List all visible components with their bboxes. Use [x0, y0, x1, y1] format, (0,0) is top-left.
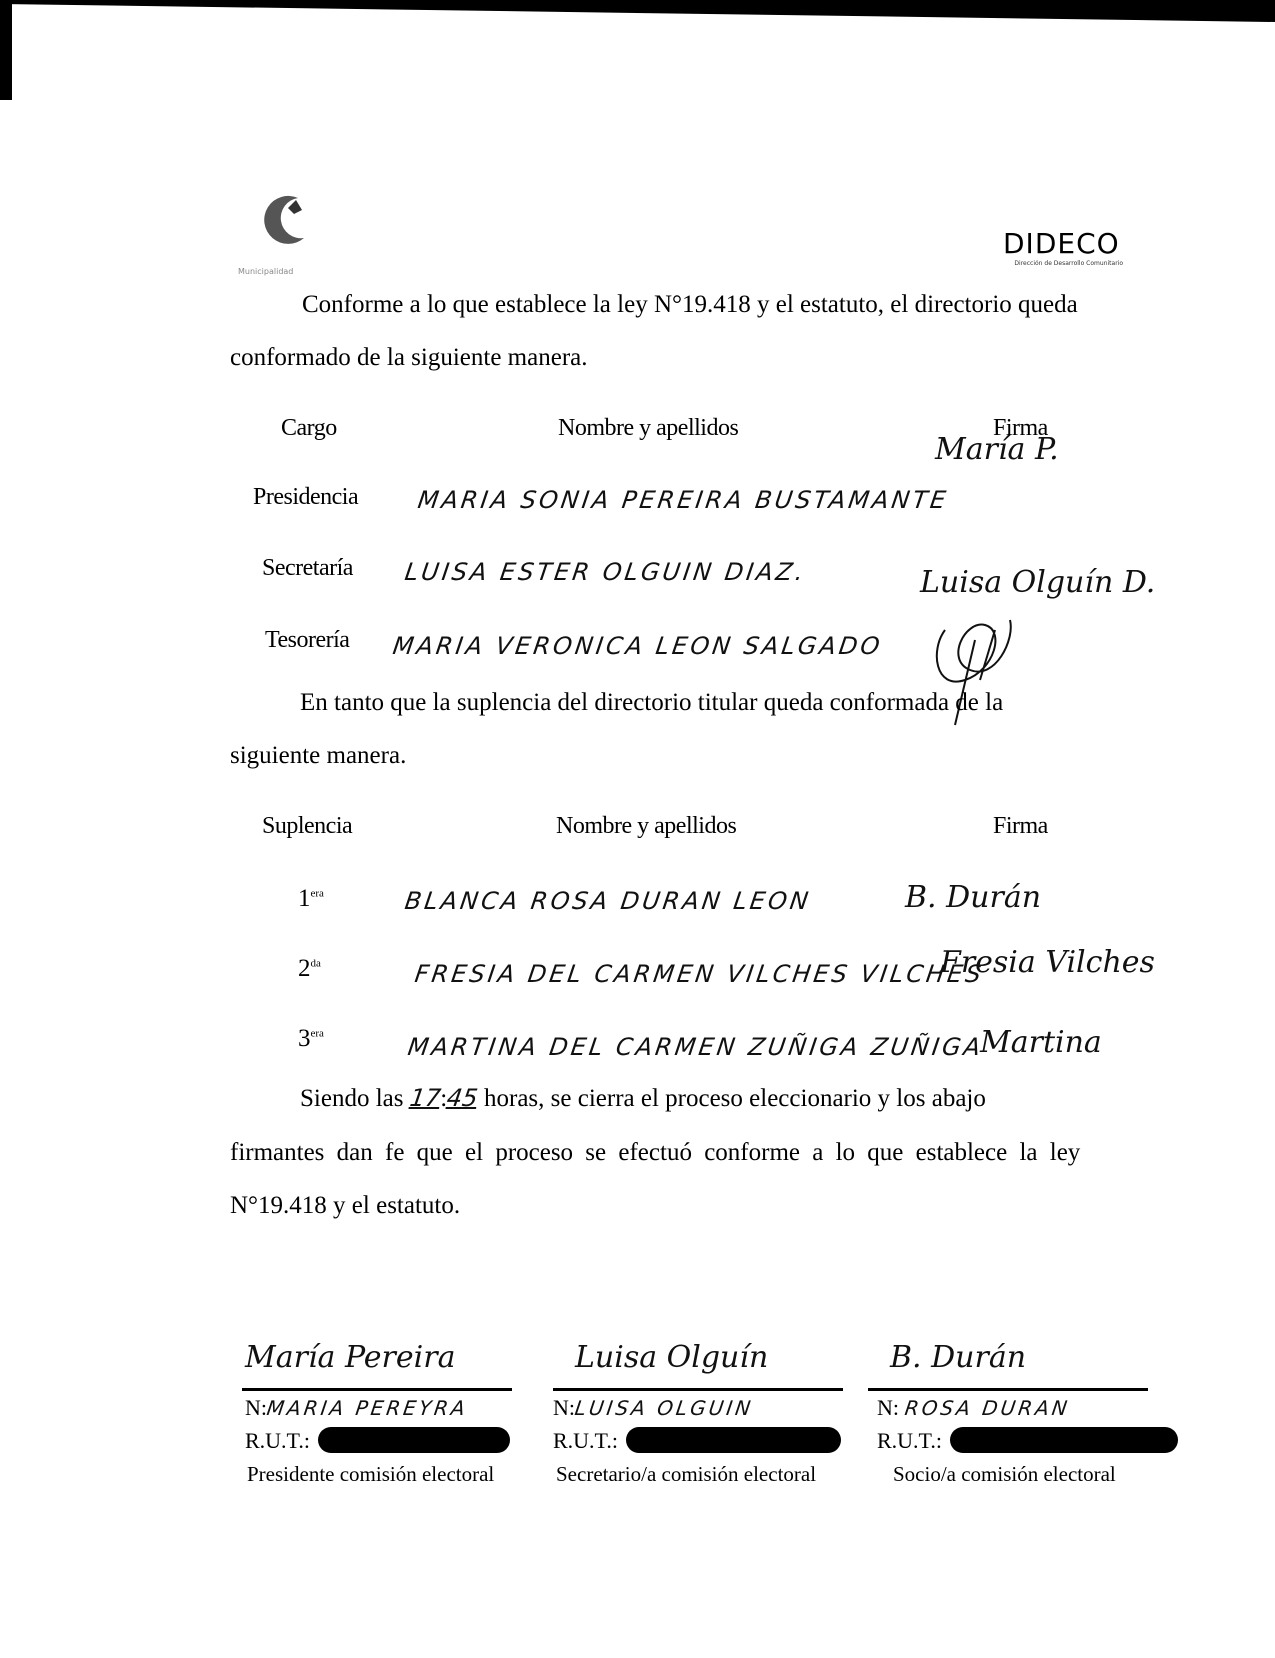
closing-minute: 45 — [446, 1086, 480, 1110]
signatory-3-firma: B. Durán — [890, 1340, 1026, 1375]
nombre-tesoreria: MARIA VERONICA LEON SALGADO — [391, 632, 884, 660]
directorio-header-nombre: Nombre y apellidos — [558, 415, 738, 442]
firma-secretaria: Luisa Olguín D. — [920, 565, 1155, 600]
closing-line-1: Siendo las 17:45 horas, se cierra el pro… — [300, 1086, 986, 1111]
firma-suplente-3: Martina — [980, 1025, 1102, 1060]
signatory-3-rol: Socio/a comisión electoral — [893, 1462, 1116, 1487]
signatory-3-nombre-field: N: ROSA DURAN — [877, 1395, 1069, 1421]
suplencia-header-firma: Firma — [993, 813, 1048, 840]
suplencia-ordinal-2: 2da — [298, 955, 321, 983]
suplencia-header-suplencia: Suplencia — [262, 813, 352, 840]
signatory-3-line — [868, 1388, 1148, 1391]
nombre-suplente-2: FRESIA DEL CARMEN VILCHES VILCHES — [413, 960, 986, 988]
intro-line-1: Conforme a lo que establece la ley N°19.… — [302, 292, 1078, 317]
signatory-1-rut-label: R.U.T.: — [245, 1428, 310, 1454]
nombre-secretaria: LUISA ESTER OLGUIN DIAZ. — [403, 558, 808, 586]
signatory-3-rut-label: R.U.T.: — [877, 1428, 942, 1454]
signatory-2-rol: Secretario/a comisión electoral — [556, 1462, 816, 1487]
signatory-2-nombre-field: N:LUISA OLGUIN — [553, 1395, 753, 1421]
nombre-suplente-3: MARTINA DEL CARMEN ZUÑIGA ZUÑIGA — [406, 1033, 985, 1061]
signatory-2-firma: Luisa Olguín — [575, 1340, 768, 1375]
signatory-2-line — [553, 1388, 843, 1391]
closing-line-2: firmantes dan fe que el proceso se efect… — [230, 1140, 1080, 1165]
suplencia-ordinal-1: 1era — [298, 885, 324, 913]
suplencia-ordinal-3: 3era — [298, 1025, 324, 1053]
dideco-subtitle: Dirección de Desarrollo Comunitario — [1003, 260, 1123, 267]
scan-border-top — [0, 0, 1275, 22]
suplencia-intro-line-2: siguiente manera. — [230, 743, 406, 768]
signatory-1-firma: María Pereira — [245, 1340, 455, 1375]
signatory-1-rol: Presidente comisión electoral — [247, 1462, 494, 1487]
signatory-2-rut-redacted — [626, 1427, 841, 1453]
signatory-1-nombre-field: N:MARIA PEREYRA — [245, 1395, 468, 1421]
dideco-logo-text: DIDECO — [1003, 227, 1120, 260]
closing-hour: 17 — [408, 1086, 442, 1110]
firma-suplente-2: Fresia Vilches — [940, 945, 1155, 980]
closing-line-3: N°19.418 y el estatuto. — [230, 1193, 460, 1218]
dideco-logo: DIDECO — [1003, 227, 1120, 260]
suplencia-intro-line-1: En tanto que la suplencia del directorio… — [300, 690, 1003, 715]
signatory-2-rut-label: R.U.T.: — [553, 1428, 618, 1454]
intro-line-2: conformado de la siguiente manera. — [230, 345, 588, 370]
suplencia-header-nombre: Nombre y apellidos — [556, 813, 736, 840]
cargo-secretaria: Secretaría — [262, 555, 353, 582]
firma-presidencia: María P. — [935, 432, 1059, 467]
signatory-1-rut-redacted — [318, 1427, 510, 1453]
firma-suplente-1: B. Durán — [905, 880, 1041, 915]
nombre-presidencia: MARIA SONIA PEREIRA BUSTAMANTE — [416, 486, 950, 514]
signatory-1-line — [242, 1388, 512, 1391]
cargo-tesoreria: Tesorería — [265, 627, 349, 654]
scan-border-left — [0, 0, 12, 100]
nombre-suplente-1: BLANCA ROSA DURAN LEON — [403, 887, 813, 915]
municipal-logo-icon — [258, 190, 318, 250]
signatory-3-rut-redacted — [950, 1427, 1178, 1453]
cargo-presidencia: Presidencia — [253, 484, 358, 511]
directorio-header-cargo: Cargo — [281, 415, 337, 442]
logo-left-caption: Municipalidad — [238, 267, 293, 276]
